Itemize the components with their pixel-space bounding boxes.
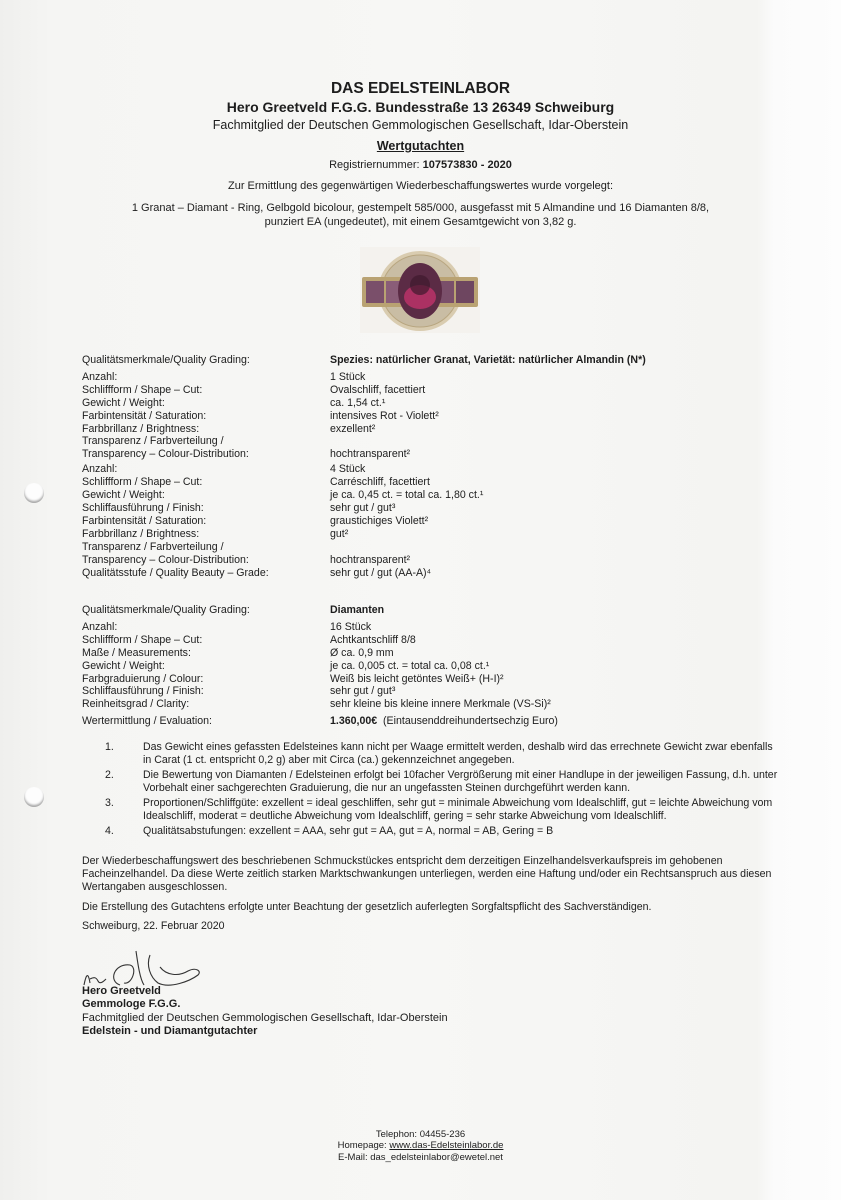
document-type: Wertgutachten (0, 139, 841, 153)
grading-row: Qualitätsstufe / Quality Beauty – Grade:… (82, 567, 762, 580)
footer-phone: Telephon: 04455-236 (0, 1129, 841, 1140)
grading-row: Schliffform / Shape – Cut:Ovalschliff, f… (82, 384, 762, 397)
grading-value: exzellent² (330, 423, 762, 436)
grading-row: Farbintensität / Saturation:intensives R… (82, 410, 762, 423)
signer-membership: Fachmitglied der Deutschen Gemmologische… (82, 1012, 448, 1025)
grading-value: Ø ca. 0,9 mm (330, 647, 762, 660)
grading-value: je ca. 0,45 ct. = total ca. 1,80 ct.¹ (330, 489, 762, 502)
grading-label: Transparenz / Farbverteilung / (82, 435, 330, 448)
grading-row: Farbbrillanz / Brightness:gut² (82, 528, 762, 541)
disclaimer-text: Der Wiederbeschaffungswert des beschrieb… (82, 855, 772, 895)
signer-role: Edelstein - und Diamantgutachter (82, 1025, 448, 1038)
grading-value: sehr gut / gut³ (330, 502, 762, 515)
lab-membership: Fachmitglied der Deutschen Gemmologische… (0, 118, 841, 132)
lab-title: DAS EDELSTEINLABOR (0, 80, 841, 98)
footnote-item: 1.Das Gewicht eines gefassten Edelsteine… (82, 741, 782, 767)
grading-row: Gewicht / Weight:ca. 1,54 ct.¹ (82, 397, 762, 410)
grading-value: 1 Stück (330, 371, 762, 384)
grading-diamonds: Qualitätsmerkmale/Quality Grading: Diama… (82, 604, 762, 728)
signer-name: Hero Greetveld (82, 985, 448, 998)
punch-hole-top (24, 483, 44, 503)
grading-value: sehr gut / gut³ (330, 685, 762, 698)
grading-value: sehr gut / gut (AA-A)⁴ (330, 567, 762, 580)
homepage-link[interactable]: www.das-Edelsteinlabor.de (389, 1140, 503, 1151)
grading-row: Schliffausführung / Finish:sehr gut / gu… (82, 502, 762, 515)
grading-value (330, 435, 762, 448)
footnote-item: 3.Proportionen/Schliffgüte: exzellent = … (82, 797, 782, 823)
evaluation-label: Wertermittlung / Evaluation: (82, 715, 330, 728)
grading-label: Maße / Measurements: (82, 647, 330, 660)
registration-label: Registriernummer: (329, 159, 419, 171)
grading-value: graustichiges Violett² (330, 515, 762, 528)
grading-value: 16 Stück (330, 621, 762, 634)
grading-row: Transparenz / Farbverteilung / (82, 435, 762, 448)
grading-row: Farbintensität / Saturation:graustichige… (82, 515, 762, 528)
grading-value: Carréschliff, facettiert (330, 476, 762, 489)
grading-value: ca. 1,54 ct.¹ (330, 397, 762, 410)
intro-text: Zur Ermittlung des gegenwärtigen Wiederb… (0, 180, 841, 192)
grading-label: Reinheitsgrad / Clarity: (82, 698, 330, 711)
grading-label: Gewicht / Weight: (82, 489, 330, 502)
grading-row: Transparenz / Farbverteilung / (82, 541, 762, 554)
grading-heading: Qualitätsmerkmale/Quality Grading: Spezi… (82, 354, 762, 367)
grading-value: intensives Rot - Violett² (330, 410, 762, 423)
grading-value: 4 Stück (330, 463, 762, 476)
ring-photo (360, 247, 480, 333)
item-description: 1 Granat – Diamant - Ring, Gelbgold bico… (0, 201, 841, 229)
grading-label: Anzahl: (82, 621, 330, 634)
grading-label: Transparency – Colour-Distribution: (82, 448, 330, 461)
evaluation-amount-words: (Eintausenddreihundertsechzig Euro) (383, 715, 558, 727)
grading-label: Transparency – Colour-Distribution: (82, 554, 330, 567)
grading-row: Anzahl:1 Stück (82, 371, 762, 384)
grading-row: Schliffform / Shape – Cut:Carréschliff, … (82, 476, 762, 489)
signature (80, 945, 220, 990)
footnote-text: Qualitätsabstufungen: exzellent = AAA, s… (120, 825, 782, 838)
grading-row: Gewicht / Weight:je ca. 0,005 ct. = tota… (82, 660, 762, 673)
grading-value (330, 541, 762, 554)
grading-row: Farbgraduierung / Colour:Weiß bis leicht… (82, 673, 762, 686)
grading-row: Maße / Measurements:Ø ca. 0,9 mm (82, 647, 762, 660)
grading-row: Anzahl:4 Stück (82, 463, 762, 476)
grading-label: Schliffform / Shape – Cut: (82, 634, 330, 647)
grading-value: sehr kleine bis kleine innere Merkmale (… (330, 698, 762, 711)
grading-value: hochtransparent² (330, 554, 762, 567)
footnotes: 1.Das Gewicht eines gefassten Edelsteine… (82, 741, 782, 840)
signer-title: Gemmologe F.G.G. (82, 998, 448, 1011)
grading-label: Anzahl: (82, 463, 330, 476)
grading-label: Qualitätsstufe / Quality Beauty – Grade: (82, 567, 330, 580)
grading-label: Farbgraduierung / Colour: (82, 673, 330, 686)
registration-number: 107573830 - 2020 (423, 159, 512, 171)
grading-row: Reinheitsgrad / Clarity:sehr kleine bis … (82, 698, 762, 711)
evaluation-row: Wertermittlung / Evaluation: 1.360,00€ (… (82, 715, 762, 728)
grading-label: Gewicht / Weight: (82, 397, 330, 410)
grading-value: Achtkantschliff 8/8 (330, 634, 762, 647)
grading-row: Schliffausführung / Finish:sehr gut / gu… (82, 685, 762, 698)
grading-label: Transparenz / Farbverteilung / (82, 541, 330, 554)
footer-email: E-Mail: das_edelsteinlabor@ewetel.net (0, 1152, 841, 1163)
grading-label: Schliffform / Shape – Cut: (82, 384, 330, 397)
grading-value: Weiß bis leicht getöntes Weiß+ (H-I)² (330, 673, 762, 686)
registration-line: Registriernummer: 107573830 - 2020 (0, 159, 841, 171)
footnote-item: 4.Qualitätsabstufungen: exzellent = AAA,… (82, 825, 782, 838)
grading-label: Anzahl: (82, 371, 330, 384)
footnote-text: Das Gewicht eines gefassten Edelsteines … (120, 741, 782, 767)
item-description-line2: punziert EA (ungedeutet), mit einem Gesa… (0, 215, 841, 229)
signer-block: Hero Greetveld Gemmologe F.G.G. Fachmitg… (82, 985, 448, 1039)
grading-row: Schliffform / Shape – Cut:Achtkantschlif… (82, 634, 762, 647)
grading-group-carre: Anzahl:4 StückSchliffform / Shape – Cut:… (82, 463, 762, 579)
footnote-text: Proportionen/Schliffgüte: exzellent = id… (120, 797, 782, 823)
item-description-line1: 1 Granat – Diamant - Ring, Gelbgold bico… (0, 201, 841, 215)
grading-label: Schliffausführung / Finish: (82, 685, 330, 698)
grading-heading: Qualitätsmerkmale/Quality Grading: Diama… (82, 604, 762, 617)
grading-label: Farbbrillanz / Brightness: (82, 423, 330, 436)
punch-hole-bottom (24, 787, 44, 807)
place-date: Schweiburg, 22. Februar 2020 (82, 920, 772, 933)
grading-label: Schliffausführung / Finish: (82, 502, 330, 515)
grading-garnet: Qualitätsmerkmale/Quality Grading: Spezi… (82, 354, 762, 579)
grading-row: Transparency – Colour-Distribution:hocht… (82, 448, 762, 461)
grading-group-diamonds: Anzahl:16 StückSchliffform / Shape – Cut… (82, 621, 762, 711)
grading-row: Gewicht / Weight:je ca. 0,45 ct. = total… (82, 489, 762, 502)
grading-value: je ca. 0,005 ct. = total ca. 0,08 ct.¹ (330, 660, 762, 673)
grading-label: Gewicht / Weight: (82, 660, 330, 673)
evaluation-amount: 1.360,00€ (330, 715, 377, 727)
grading-row: Anzahl:16 Stück (82, 621, 762, 634)
grading-value: hochtransparent² (330, 448, 762, 461)
grading-value: gut² (330, 528, 762, 541)
grading-label: Farbintensität / Saturation: (82, 410, 330, 423)
diligence-text: Die Erstellung des Gutachtens erfolgte u… (82, 901, 772, 914)
grading-row: Transparency – Colour-Distribution:hocht… (82, 554, 762, 567)
footnote-text: Die Bewertung von Diamanten / Edelsteine… (120, 769, 782, 795)
grading-label: Farbintensität / Saturation: (82, 515, 330, 528)
grading-group-oval: Anzahl:1 StückSchliffform / Shape – Cut:… (82, 371, 762, 461)
lab-address: Hero Greetveld F.G.G. Bundesstraße 13 26… (0, 99, 841, 115)
grading-row: Farbbrillanz / Brightness:exzellent² (82, 423, 762, 436)
footer-contact: Telephon: 04455-236 Homepage: www.das-Ed… (0, 1129, 841, 1163)
grading-label: Schliffform / Shape – Cut: (82, 476, 330, 489)
grading-label: Farbbrillanz / Brightness: (82, 528, 330, 541)
grading-value: Ovalschliff, facettiert (330, 384, 762, 397)
footer-homepage: Homepage: www.das-Edelsteinlabor.de (0, 1140, 841, 1151)
footnote-item: 2.Die Bewertung von Diamanten / Edelstei… (82, 769, 782, 795)
